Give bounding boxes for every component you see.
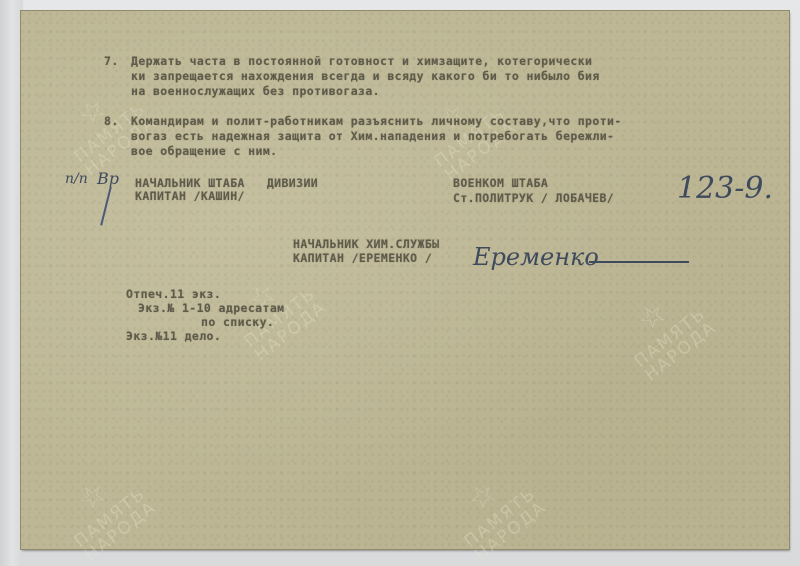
handwritten-number: 123-9. xyxy=(677,171,773,206)
watermark: ☆ ПАМЯТЬ НАРОДА xyxy=(51,459,160,565)
chem-service-title: НАЧАЛЬНИК ХИМ.СЛУЖБЫ xyxy=(293,237,439,252)
paragraph-7-number: 7. xyxy=(104,54,119,69)
star-icon: ☆ xyxy=(611,279,696,355)
paragraph-8-line: Командирам и полит-работникам разъяснить… xyxy=(131,114,622,129)
paragraph-7-line: ки запрещается нахождения всегда и всяду… xyxy=(131,69,600,84)
paragraph-8-line: вое обращение с ним. xyxy=(131,144,277,159)
star-icon: ☆ xyxy=(51,459,136,535)
signature-underline xyxy=(589,261,689,263)
paragraph-8-number: 8. xyxy=(104,114,119,129)
star-icon: ☆ xyxy=(51,74,136,150)
handwritten-stroke xyxy=(100,186,112,225)
commissar-title: ВОЕНКОМ ШТАБА xyxy=(453,176,548,191)
document-sheet: ☆ ПАМЯТЬ НАРОДА ☆ ПАМЯТЬ НАРОДА ☆ ПАМЯТЬ… xyxy=(21,11,789,549)
star-icon: ☆ xyxy=(441,459,526,535)
watermark: ☆ ПАМЯТЬ НАРОДА xyxy=(441,459,550,565)
paragraph-7-line: Держать часта в постоянной готовност и х… xyxy=(131,54,592,69)
handwritten-mark: Вр xyxy=(97,169,119,188)
paragraph-8-line: вогаз есть надежная защита от Хим.нападе… xyxy=(131,129,614,144)
chem-service-name: КАПИТАН /ЕРЕМЕНКО / xyxy=(293,251,432,266)
handwritten-prefix: п/п xyxy=(65,171,88,187)
distribution-copies: Отпеч.11 экз. xyxy=(126,287,221,302)
chief-of-staff-name: КАПИТАН /КАШИН/ xyxy=(135,189,245,204)
paragraph-7-line: на военнослужащих без противогаза. xyxy=(131,84,380,99)
commissar-name: Ст.ПОЛИТРУК / ЛОБАЧЕВ/ xyxy=(453,191,614,206)
watermark: ☆ ПАМЯТЬ НАРОДА xyxy=(611,279,720,385)
handwritten-signature: Еременко xyxy=(473,243,599,271)
distribution-by-list: по списку. xyxy=(201,315,274,330)
distribution-file-copy: Экз.№11 дело. xyxy=(126,329,221,344)
distribution-recipients: Экз.№ 1-10 адресатам xyxy=(138,301,284,316)
